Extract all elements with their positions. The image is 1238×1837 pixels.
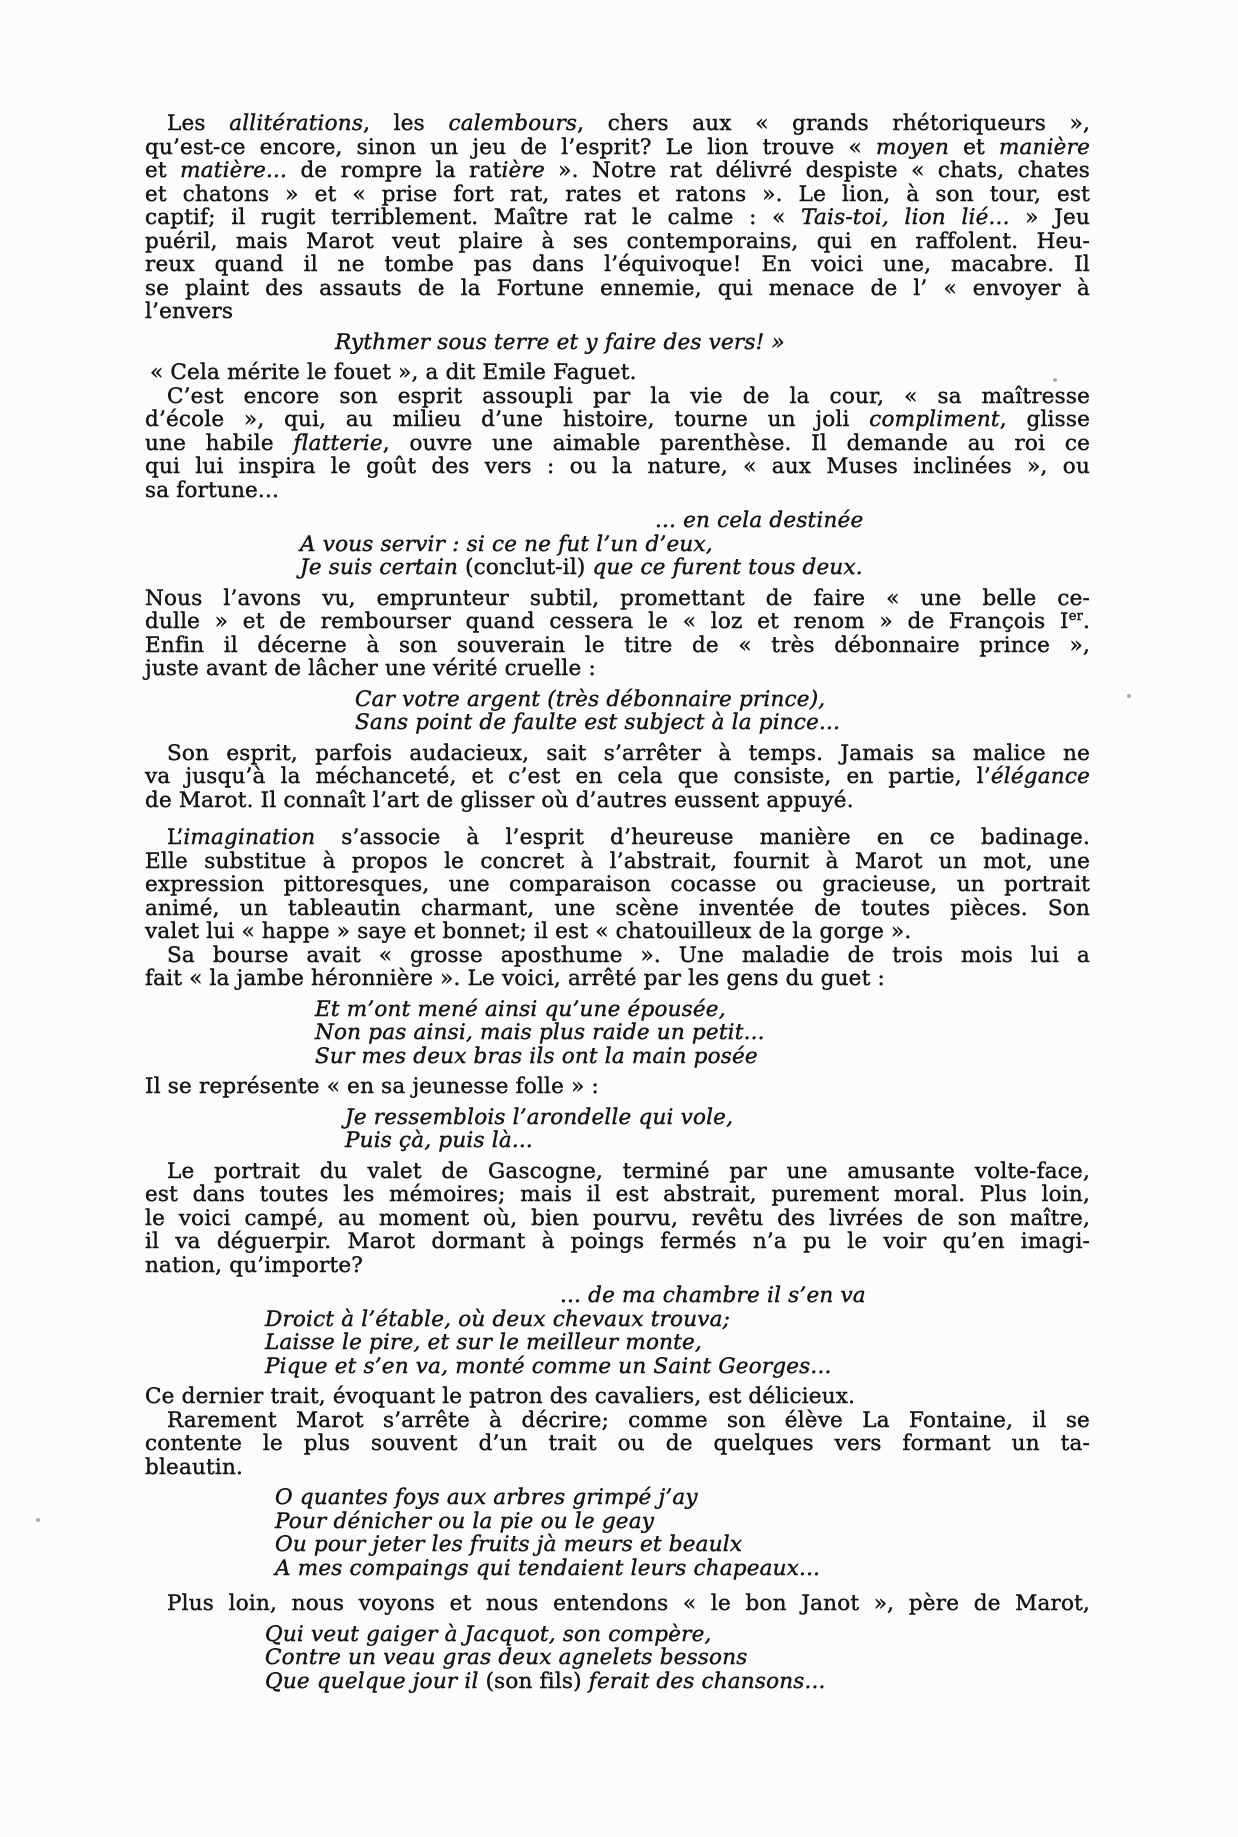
text-run: , les <box>363 111 448 136</box>
verse-block: ... en cela destinéeA vous servir : si c… <box>145 509 1090 580</box>
paragraph-line: une habile flatterie, ouvre une aimable … <box>145 432 1090 456</box>
text-run: se plaint des assauts de la Fortune enne… <box>145 276 1090 301</box>
text-run: dulle » et de rembourser quand cessera l… <box>145 609 1069 634</box>
text-run: Sa bourse avait « grosse aposthume ». Un… <box>167 943 1090 968</box>
paragraph-line: bleautin. <box>145 1456 1090 1480</box>
paragraph-line: Les allitérations, les calembours, chers… <box>145 112 1090 136</box>
text-run: sa fortune... <box>145 478 279 503</box>
text-run: contente le plus souvent d’un trait ou d… <box>145 1431 1090 1456</box>
paragraph: Le portrait du valet de Gascogne, termin… <box>145 1160 1090 1278</box>
text-run: Pour dénicher ou la pie ou le geay <box>275 1509 654 1534</box>
verse-line: Non pas ainsi, mais plus raide un petit.… <box>145 1021 1090 1045</box>
verse-line: Sans point de faulte est subject à la pi… <box>145 711 1090 735</box>
superscript-text: er <box>1069 609 1083 624</box>
text-run: Que quelque jour il <box>265 1669 486 1694</box>
text-run: Contre un veau gras deux agnelets besson… <box>265 1645 747 1670</box>
text-run: élégance <box>991 764 1090 789</box>
verse-line: Pour dénicher ou la pie ou le geay <box>145 1510 1090 1534</box>
text-run: Nous l’avons vu, emprunteur subtil, prom… <box>145 586 1090 611</box>
paragraph: Plus loin, nous voyons et nous entendons… <box>145 1592 1090 1616</box>
paragraph-line: Son esprit, parfois audacieux, sait s’ar… <box>145 742 1090 766</box>
text-run: Rarement Marot s’arrête à décrire; comme… <box>167 1408 1090 1433</box>
verse-line: Je ressemblois l’arondelle qui vole, <box>145 1106 1090 1130</box>
paragraph-line: L’imagination s’associe à l’esprit d’heu… <box>145 826 1090 850</box>
paragraph: Les allitérations, les calembours, chers… <box>145 112 1090 324</box>
scan-speck <box>36 1518 40 1522</box>
paragraph-line: reux quand il ne tombe pas dans l’équivo… <box>145 253 1090 277</box>
text-run: puéril, mais Marot veut plaire à ses con… <box>145 229 1090 254</box>
verse-line: Ou pour jeter les fruits jà meurs et bea… <box>145 1533 1090 1557</box>
paragraph-line: Ce dernier trait, évoquant le patron des… <box>145 1385 1090 1409</box>
paragraph-line: le voici campé, au moment où, bien pourv… <box>145 1207 1090 1231</box>
text-run: fait « la jambe héronnière ». Le voici, … <box>145 966 885 991</box>
verse-line: Que quelque jour il (son fils) ferait de… <box>145 1670 1090 1694</box>
text-run: captif; il rugit terriblement. Maître ra… <box>145 205 801 230</box>
paragraph-line: qui lui inspira le goût des vers : ou la… <box>145 455 1090 479</box>
text-run: il va déguerpir. Marot dormant à poings … <box>145 1229 1090 1254</box>
paragraph: « Cela mérite le fouet », a dit Emile Fa… <box>145 361 1090 385</box>
text-run: bleautin. <box>145 1455 243 1480</box>
text-run: imagination <box>183 825 315 850</box>
text-run: Non pas ainsi, mais plus raide un petit.… <box>315 1020 765 1045</box>
verse-line: Qui veut gaiger à Jacquot, son compère, <box>145 1623 1090 1647</box>
text-run: C’est encore son esprit assoupli par la … <box>167 384 1090 409</box>
text-run: qu’est-ce encore, sinon un jeu de l’espr… <box>145 135 876 160</box>
text-run: Sans point de faulte est subject à la pi… <box>355 710 840 735</box>
text-run: Je ressemblois l’arondelle qui vole, <box>345 1105 733 1130</box>
paragraph: Il se représente « en sa jeunesse folle … <box>145 1075 1090 1099</box>
text-run: expression pittoresques, une comparaison… <box>145 872 1090 897</box>
paragraph-line: il va déguerpir. Marot dormant à poings … <box>145 1230 1090 1254</box>
paragraph: L’imagination s’associe à l’esprit d’heu… <box>145 826 1090 944</box>
text-run: Rythmer sous terre et y faire des vers! … <box>335 330 785 355</box>
paragraph-line: fait « la jambe héronnière ». Le voici, … <box>145 967 1090 991</box>
paragraph: Son esprit, parfois audacieux, sait s’ar… <box>145 742 1090 813</box>
text-run: ferait des chansons... <box>589 1669 826 1694</box>
text-run: Car votre argent (très débonnaire prince… <box>355 687 825 712</box>
scan-speck <box>297 1079 301 1083</box>
text-run: que ce furent tous deux. <box>593 555 863 580</box>
paragraph-line: va jusqu’à la méchanceté, et c’est en ce… <box>145 765 1090 789</box>
text-run: Sur mes deux bras ils ont la main posée <box>315 1044 758 1069</box>
text-run: A vous servir : si ce ne fut l’un d’eux, <box>300 532 713 557</box>
text-run: qui lui inspira le goût des vers : ou la… <box>145 454 1090 479</box>
text-run: reux quand il ne tombe pas dans l’équivo… <box>145 252 1090 277</box>
text-run: va jusqu’à la méchanceté, et c’est en ce… <box>145 764 991 789</box>
text-run: nation, qu’importe? <box>145 1253 363 1278</box>
paragraph-line: Enfin il décerne à son souverain le titr… <box>145 634 1090 658</box>
scan-speck <box>703 1291 707 1295</box>
paragraph: Ce dernier trait, évoquant le patron des… <box>145 1385 1090 1409</box>
text-run: calembours <box>448 111 577 136</box>
text-run: (conclut-il) <box>465 555 592 580</box>
text-run: Les <box>167 111 229 136</box>
paragraph-line: contente le plus souvent d’un trait ou d… <box>145 1432 1090 1456</box>
verse-line: Laisse le pire, et sur le meilleur monte… <box>145 1331 1090 1355</box>
text-run: Son esprit, parfois audacieux, sait s’ar… <box>167 741 1090 766</box>
text-run: Ce dernier trait, évoquant le patron des… <box>145 1384 855 1409</box>
text-run: , glisse <box>1000 407 1090 432</box>
text-column: Les allitérations, les calembours, chers… <box>145 112 1090 1700</box>
paragraph-line: et chatons » et « prise fort rat, rates … <box>145 183 1090 207</box>
paragraph-line: dulle » et de rembourser quand cessera l… <box>145 610 1090 634</box>
text-run: Pique et s’en va, monté comme un Saint G… <box>265 1354 832 1379</box>
verse-line: A vous servir : si ce ne fut l’un d’eux, <box>145 533 1090 557</box>
paragraph-line: expression pittoresques, une comparaison… <box>145 873 1090 897</box>
text-run: » Jeu <box>1010 205 1090 230</box>
paragraph-line: est dans toutes les mémoires; mais il es… <box>145 1183 1090 1207</box>
paragraph-line: Rarement Marot s’arrête à décrire; comme… <box>145 1409 1090 1433</box>
paragraph-line: d’école », qui, au milieu d’une histoire… <box>145 408 1090 432</box>
verse-block: Car votre argent (très débonnaire prince… <box>145 688 1090 735</box>
paragraph-line: Nous l’avons vu, emprunteur subtil, prom… <box>145 587 1090 611</box>
text-run: Et m’ont mené ainsi qu’une épousée, <box>315 997 726 1022</box>
verse-block: Qui veut gaiger à Jacquot, son compère,C… <box>145 1623 1090 1694</box>
text-run: allitérations <box>229 111 363 136</box>
verse-block: ... de ma chambre il s’en vaDroict à l’é… <box>145 1284 1090 1378</box>
paragraph-line: nation, qu’importe? <box>145 1254 1090 1278</box>
text-run: Laisse le pire, et sur le meilleur monte… <box>265 1330 702 1355</box>
text-run: et <box>145 158 180 183</box>
text-run: manière <box>999 135 1090 160</box>
paragraph-line: « Cela mérite le fouet », a dit Emile Fa… <box>145 361 1090 385</box>
paragraph-line: qu’est-ce encore, sinon un jeu de l’espr… <box>145 136 1090 160</box>
text-run: Je suis certain <box>300 555 465 580</box>
paragraph: Nous l’avons vu, emprunteur subtil, prom… <box>145 587 1090 681</box>
text-run: Ou pour jeter les fruits jà meurs et bea… <box>275 1532 742 1557</box>
text-run: ... de ma chambre il s’en va <box>560 1283 866 1308</box>
text-run: de rompre la rat <box>287 158 501 183</box>
text-run: et <box>949 135 999 160</box>
text-run: et chatons » et « prise fort rat, rates … <box>145 182 1090 207</box>
verse-line: Contre un veau gras deux agnelets besson… <box>145 1646 1090 1670</box>
verse-line: Et m’ont mené ainsi qu’une épousée, <box>145 998 1090 1022</box>
scan-speck <box>1053 378 1057 382</box>
verse-line: Car votre argent (très débonnaire prince… <box>145 688 1090 712</box>
paragraph-line: Il se représente « en sa jeunesse folle … <box>145 1075 1090 1099</box>
text-run: Tais-toi, lion lié... <box>801 205 1010 230</box>
text-run: moyen <box>876 135 949 160</box>
paragraph-line: Elle substitue à propos le concret à l’a… <box>145 850 1090 874</box>
text-run: , chers aux « grands rhétoriqueurs », <box>577 111 1090 136</box>
paragraph: Rarement Marot s’arrête à décrire; comme… <box>145 1409 1090 1480</box>
text-run: , ouvre une aimable parenthèse. Il deman… <box>383 431 1090 456</box>
text-run: animé, un tableautin charmant, une scène… <box>145 896 1090 921</box>
text-run: ... en cela destinée <box>655 508 863 533</box>
text-run: Plus loin, nous voyons et nous entendons… <box>167 1591 1090 1616</box>
text-run: A mes compaings qui tendaient leurs chap… <box>275 1556 820 1581</box>
paragraph-line: juste avant de lâcher une vérité cruelle… <box>145 657 1090 681</box>
verse-line: A mes compaings qui tendaient leurs chap… <box>145 1557 1090 1581</box>
verse-line: Pique et s’en va, monté comme un Saint G… <box>145 1355 1090 1379</box>
text-run: de Marot. Il connaît l’art de glisser où… <box>145 788 854 813</box>
paragraph: Sa bourse avait « grosse aposthume ». Un… <box>145 944 1090 991</box>
text-run: Puis çà, puis là... <box>345 1128 533 1153</box>
text-run: valet lui « happe » saye et bonnet; il e… <box>145 919 911 944</box>
text-run: . <box>1083 609 1090 634</box>
paragraph-line: animé, un tableautin charmant, une scène… <box>145 897 1090 921</box>
text-run: matière... <box>180 158 287 183</box>
verse-line: Droict à l’étable, où deux chevaux trouv… <box>145 1308 1090 1332</box>
paragraph-line: valet lui « happe » saye et bonnet; il e… <box>145 920 1090 944</box>
verse-block: Rythmer sous terre et y faire des vers! … <box>145 331 1090 355</box>
text-run: une habile <box>145 431 293 456</box>
paragraph: C’est encore son esprit assoupli par la … <box>145 385 1090 503</box>
text-run: O quantes foys aux arbres grimpé j’ay <box>275 1485 698 1510</box>
verse-block: O quantes foys aux arbres grimpé j’ayPou… <box>145 1486 1090 1580</box>
paragraph-line: C’est encore son esprit assoupli par la … <box>145 385 1090 409</box>
text-run: L’ <box>167 825 183 850</box>
text-run: le voici campé, au moment où, bien pourv… <box>145 1206 1090 1231</box>
paragraph-line: de Marot. Il connaît l’art de glisser où… <box>145 789 1090 813</box>
text-run: l’envers <box>145 299 233 324</box>
text-run: d’école », qui, au milieu d’une histoire… <box>145 407 869 432</box>
paragraph-line: sa fortune... <box>145 479 1090 503</box>
paragraph-line: captif; il rugit terriblement. Maître ra… <box>145 206 1090 230</box>
paragraph-line: puéril, mais Marot veut plaire à ses con… <box>145 230 1090 254</box>
text-run: flatterie <box>293 431 382 456</box>
text-run: est dans toutes les mémoires; mais il es… <box>145 1182 1090 1207</box>
text-run: Qui veut gaiger à Jacquot, son compère, <box>265 1622 712 1647</box>
verse-line: Rythmer sous terre et y faire des vers! … <box>145 331 1090 355</box>
text-run: Elle substitue à propos le concret à l’a… <box>145 849 1090 874</box>
verse-line: ... en cela destinée <box>145 509 1090 533</box>
verse-line: ... de ma chambre il s’en va <box>145 1284 1090 1308</box>
verse-block: Et m’ont mené ainsi qu’une épousée,Non p… <box>145 998 1090 1069</box>
paragraph-line: et matière... de rompre la ratière ». No… <box>145 159 1090 183</box>
scan-speck <box>1127 694 1131 698</box>
verse-block: Je ressemblois l’arondelle qui vole,Puis… <box>145 1106 1090 1153</box>
verse-line: Puis çà, puis là... <box>145 1129 1090 1153</box>
verse-line: O quantes foys aux arbres grimpé j’ay <box>145 1486 1090 1510</box>
paragraph-line: Sa bourse avait « grosse aposthume ». Un… <box>145 944 1090 968</box>
paragraph-line: Le portrait du valet de Gascogne, termin… <box>145 1160 1090 1184</box>
text-run: juste avant de lâcher une vérité cruelle… <box>145 656 596 681</box>
text-run: Droict à l’étable, où deux chevaux trouv… <box>265 1307 730 1332</box>
text-run: ière <box>501 158 544 183</box>
text-run: compliment <box>869 407 1000 432</box>
verse-line: Sur mes deux bras ils ont la main posée <box>145 1045 1090 1069</box>
book-page: Les allitérations, les calembours, chers… <box>0 0 1238 1837</box>
text-run: (son fils) <box>486 1669 589 1694</box>
paragraph-line: l’envers <box>145 300 1090 324</box>
text-run: Enfin il décerne à son souverain le titr… <box>145 633 1090 658</box>
verse-line: Je suis certain (conclut-il) que ce fure… <box>145 556 1090 580</box>
paragraph-line: se plaint des assauts de la Fortune enne… <box>145 277 1090 301</box>
text-run: « Cela mérite le fouet », a dit Emile Fa… <box>150 360 637 385</box>
text-run: Le portrait du valet de Gascogne, termin… <box>167 1159 1090 1184</box>
text-run: s’associe à l’esprit d’heureuse manière … <box>315 825 1090 850</box>
text-run: ». Notre rat délivré despiste « chats, c… <box>545 158 1090 183</box>
text-run: Il se représente « en sa jeunesse folle … <box>145 1074 599 1099</box>
paragraph-line: Plus loin, nous voyons et nous entendons… <box>145 1592 1090 1616</box>
